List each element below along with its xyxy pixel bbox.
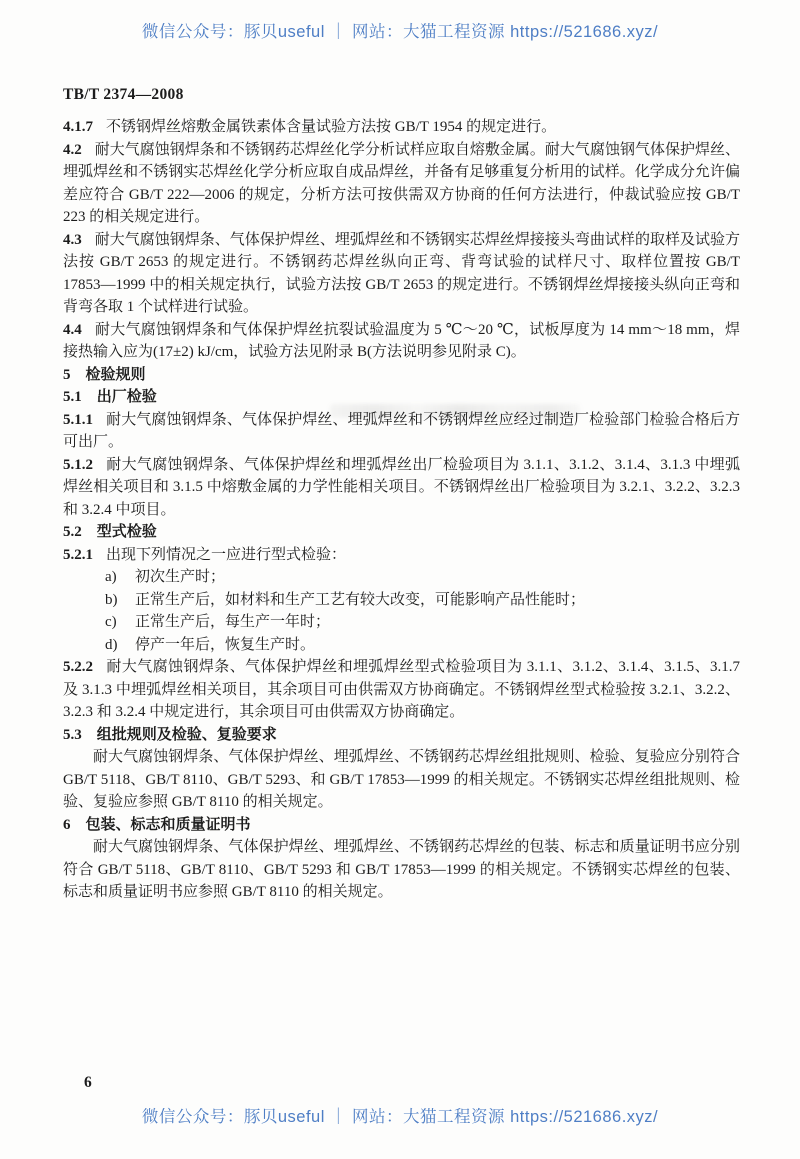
- heading-title: 型式检验: [97, 524, 157, 540]
- heading-6: 6包装、标志和质量证明书: [63, 814, 740, 837]
- heading-5-1: 5.1出厂检验: [63, 386, 740, 409]
- list-item-label: b): [105, 589, 135, 612]
- clause-text: 耐大气腐蚀钢焊条、气体保护焊丝、埋弧焊丝和不锈钢焊丝应经过制造厂检验部门检验合格…: [63, 412, 740, 451]
- heading-title: 包装、标志和质量证明书: [86, 817, 251, 833]
- clause-number: 4.3: [63, 232, 82, 248]
- heading-5-2: 5.2型式检验: [63, 521, 740, 544]
- clause-text: 耐大气腐蚀钢焊条、气体保护焊丝和埋弧焊丝出厂检验项目为 3.1.1、3.1.2、…: [63, 457, 740, 518]
- clause-number: 5.1.1: [63, 412, 93, 428]
- clause-5-2-1: 5.2.1出现下列情况之一应进行型式检验：: [63, 544, 740, 567]
- heading-title: 出厂检验: [97, 389, 157, 405]
- heading-number: 5: [63, 367, 71, 383]
- watermark-bottom: 微信公众号：豚贝useful ｜ 网站：大猫工程资源 https://52168…: [0, 1103, 800, 1127]
- list-item-label: c): [105, 611, 135, 634]
- list-item-text: 正常生产后，如材料和生产工艺有较大改变，可能影响产品性能时；: [135, 592, 585, 608]
- clause-5-1-2: 5.1.2耐大气腐蚀钢焊条、气体保护焊丝和埋弧焊丝出厂检验项目为 3.1.1、3…: [63, 454, 740, 522]
- list-item-label: d): [105, 634, 135, 657]
- list-item-d: d)停产一年后，恢复生产时。: [63, 634, 740, 657]
- clause-4-2: 4.2耐大气腐蚀钢焊条和不锈钢药芯焊丝化学分析试样应取自熔敷金属。耐大气腐蚀钢气…: [63, 139, 740, 229]
- clause-text: 耐大气腐蚀钢焊条和不锈钢药芯焊丝化学分析试样应取自熔敷金属。耐大气腐蚀钢气体保护…: [63, 142, 740, 226]
- paragraph-6: 耐大气腐蚀钢焊条、气体保护焊丝、埋弧焊丝、不锈钢药芯焊丝的包装、标志和质量证明书…: [63, 836, 740, 904]
- document-body: 4.1.7不锈钢焊丝熔敷金属铁素体含量试验方法按 GB/T 1954 的规定进行…: [63, 116, 740, 904]
- clause-text: 耐大气腐蚀钢焊条、气体保护焊丝和埋弧焊丝型式检验项目为 3.1.1、3.1.2、…: [63, 659, 740, 720]
- heading-number: 5.3: [63, 727, 82, 743]
- clause-4-1-7: 4.1.7不锈钢焊丝熔敷金属铁素体含量试验方法按 GB/T 1954 的规定进行…: [63, 116, 740, 139]
- heading-title: 组批规则及检验、复验要求: [97, 727, 277, 743]
- clause-number: 4.1.7: [63, 119, 93, 135]
- clause-text: 出现下列情况之一应进行型式检验：: [106, 547, 346, 563]
- clause-5-1-1: 5.1.1耐大气腐蚀钢焊条、气体保护焊丝、埋弧焊丝和不锈钢焊丝应经过制造厂检验部…: [63, 409, 740, 454]
- clause-text: 耐大气腐蚀钢焊条、气体保护焊丝、埋弧焊丝和不锈钢实芯焊丝焊接接头弯曲试样的取样及…: [63, 232, 740, 316]
- clause-text: 耐大气腐蚀钢焊条和气体保护焊丝抗裂试验温度为 5 ℃～20 ℃，试板厚度为 14…: [63, 322, 740, 361]
- clause-text: 不锈钢焊丝熔敷金属铁素体含量试验方法按 GB/T 1954 的规定进行。: [106, 119, 556, 135]
- heading-number: 5.2: [63, 524, 82, 540]
- page-number: 6: [84, 1074, 92, 1092]
- doc-number: TB/T 2374—2008: [63, 86, 184, 104]
- list-item-a: a)初次生产时；: [63, 566, 740, 589]
- clause-number: 5.2.2: [63, 659, 93, 675]
- heading-title: 检验规则: [86, 367, 146, 383]
- list-item-b: b)正常生产后，如材料和生产工艺有较大改变，可能影响产品性能时；: [63, 589, 740, 612]
- list-item-text: 停产一年后，恢复生产时。: [135, 637, 315, 653]
- list-item-label: a): [105, 566, 135, 589]
- document-page: 微信公众号：豚贝useful ｜ 网站：大猫工程资源 https://52168…: [0, 0, 800, 1159]
- watermark-top: 微信公众号：豚贝useful ｜ 网站：大猫工程资源 https://52168…: [0, 18, 800, 42]
- heading-number: 6: [63, 817, 71, 833]
- clause-number: 5.1.2: [63, 457, 93, 473]
- list-item-text: 正常生产后，每生产一年时；: [135, 614, 330, 630]
- clause-number: 4.4: [63, 322, 82, 338]
- list-item-c: c)正常生产后，每生产一年时；: [63, 611, 740, 634]
- list-item-text: 初次生产时；: [135, 569, 225, 585]
- paragraph-5-3: 耐大气腐蚀钢焊条、气体保护焊丝、埋弧焊丝、不锈钢药芯焊丝组批规则、检验、复验应分…: [63, 746, 740, 814]
- clause-4-3: 4.3耐大气腐蚀钢焊条、气体保护焊丝、埋弧焊丝和不锈钢实芯焊丝焊接接头弯曲试样的…: [63, 229, 740, 319]
- heading-number: 5.1: [63, 389, 82, 405]
- heading-5: 5检验规则: [63, 364, 740, 387]
- clause-4-4: 4.4耐大气腐蚀钢焊条和气体保护焊丝抗裂试验温度为 5 ℃～20 ℃，试板厚度为…: [63, 319, 740, 364]
- clause-5-2-2: 5.2.2耐大气腐蚀钢焊条、气体保护焊丝和埋弧焊丝型式检验项目为 3.1.1、3…: [63, 656, 740, 724]
- heading-5-3: 5.3组批规则及检验、复验要求: [63, 724, 740, 747]
- clause-number: 4.2: [63, 142, 82, 158]
- clause-number: 5.2.1: [63, 547, 93, 563]
